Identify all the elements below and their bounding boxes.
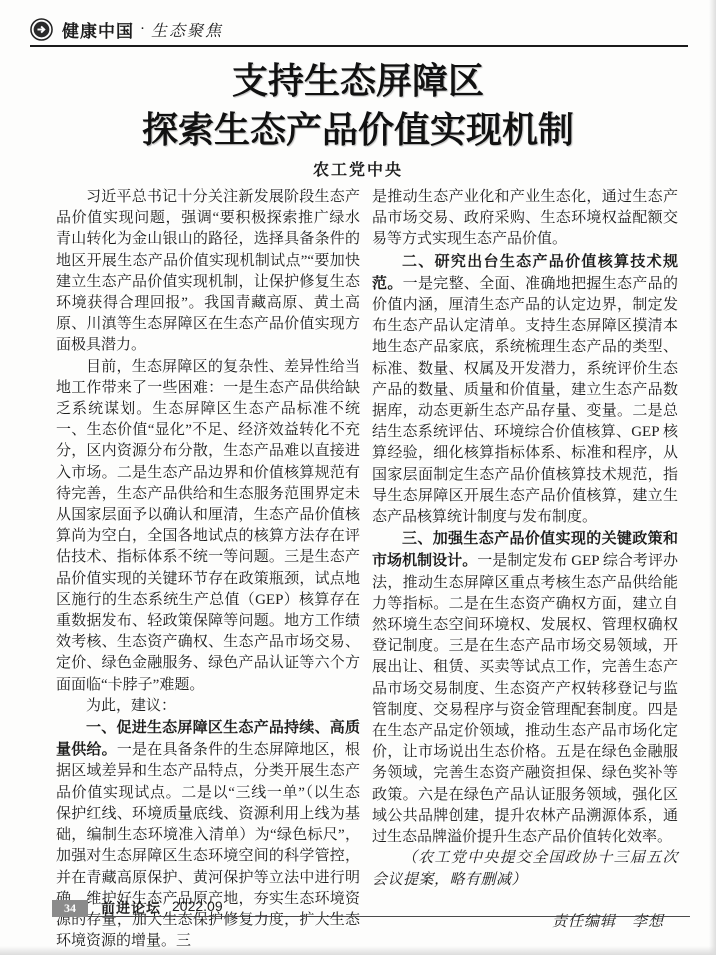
- article-author: 农工党中央: [0, 157, 716, 180]
- editor-credit: 责任编辑 李想: [372, 912, 678, 933]
- paragraph-suggestion-1-cont: 是推动生态产业化和产业生态化，通过生态产品市场交易、政府采购、生态环境权益配额交…: [372, 187, 678, 251]
- source-note: （农工党中央提交全国政协十三届五次会议提案，略有删减）: [372, 848, 678, 890]
- arrow-circle-icon: [30, 18, 53, 41]
- scan-edge-bottom: [0, 946, 716, 955]
- column-topic: 生态聚焦: [151, 18, 223, 41]
- column-brand: 健康中国: [62, 17, 134, 42]
- page-number-badge: 34: [52, 900, 88, 917]
- right-column: 是推动生态产业化和产业生态化，通过生态产品市场交易、政府采购、生态环境权益配额交…: [372, 187, 678, 933]
- magazine-page: 健康中国 · 生态聚焦 支持生态屏障区 探索生态产品价值实现机制 农工党中央 习…: [0, 0, 716, 955]
- article-title-line2: 探索生态产品价值实现机制: [0, 105, 716, 154]
- section-body-2: 一是完整、全面、准确地把握生态产品的价值内涵，厘清生态产品的认定边界，制定发布生…: [372, 276, 678, 525]
- left-column: 习近平总书记十分关注新发展阶段生态产品价值实现问题，强调“要积极探索推广绿水青山…: [56, 187, 360, 952]
- scan-edge-right: [709, 0, 716, 955]
- article-title: 支持生态屏障区 探索生态产品价值实现机制: [0, 56, 716, 154]
- section-body-1: 一是在具备条件的生态屏障地区，根据区域差异和生态产品特点，分类开展生态产品价值实…: [56, 742, 360, 949]
- paragraph-suggestion-3: 三、加强生态产品价值实现的关键政策和市场机制设计。一是制定发布 GEP 综合考评…: [372, 528, 678, 848]
- journal-name: 前进论坛: [101, 898, 161, 918]
- paragraph-suggestion-2: 二、研究出台生态产品价值核算技术规范。一是完整、全面、准确地把握生态产品的价值内…: [372, 251, 678, 529]
- paragraph-intro: 习近平总书记十分关注新发展阶段生态产品价值实现问题，强调“要积极探索推广绿水青山…: [56, 187, 360, 357]
- page-header: 健康中国 · 生态聚焦: [30, 14, 688, 47]
- paragraph-suggest-lead: 为此，建议：: [56, 696, 360, 717]
- issue-date: 2022.09: [172, 898, 223, 914]
- section-body-3: 一是制定发布 GEP 综合考评办法，推动生态屏障区重点考核生态产品供给能力等指标…: [372, 553, 678, 845]
- paragraph-problems: 目前，生态屏障区的复杂性、差异性给当地工作带来了一些困难：一是生态产品供给缺乏系…: [56, 357, 360, 696]
- brand-separator: ·: [140, 21, 145, 38]
- article-title-line1: 支持生态屏障区: [0, 56, 716, 105]
